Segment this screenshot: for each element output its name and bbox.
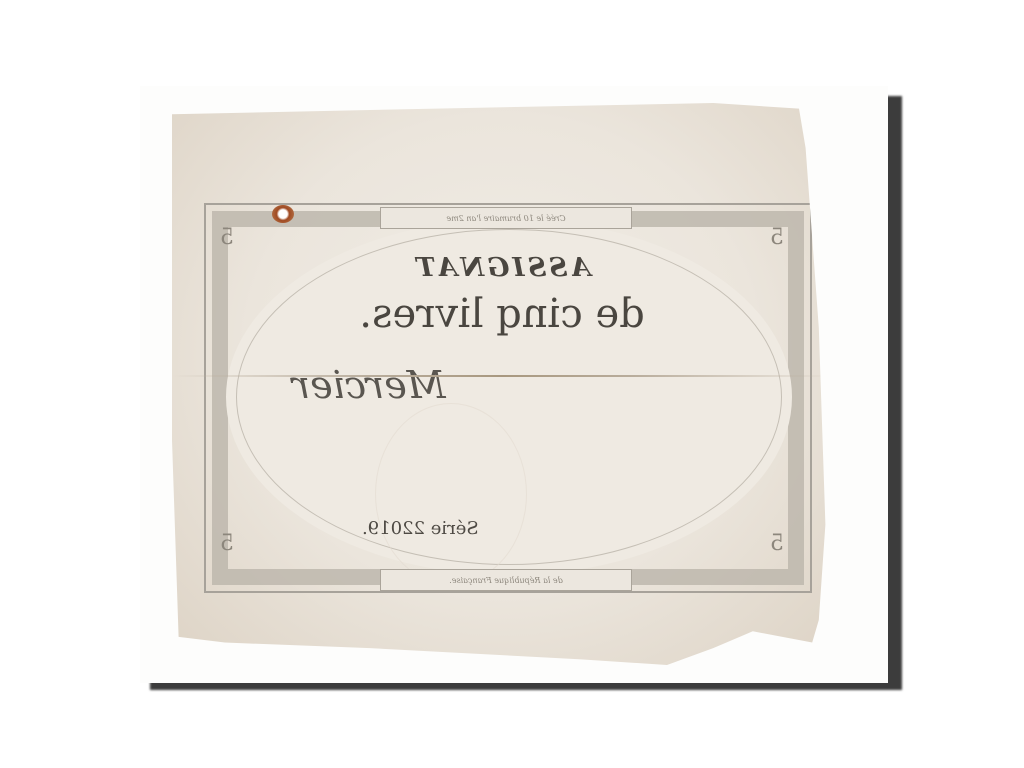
rust-stain-hole <box>272 205 294 223</box>
bottom-cartouche: de la République Française. <box>380 569 632 591</box>
banknote: Créé le 10 brumaire l'an 2me de la Répub… <box>172 103 832 665</box>
mirrored-print: Créé le 10 brumaire l'an 2me de la Répub… <box>172 103 832 665</box>
watermark-portrait <box>375 403 527 585</box>
corner-value-br: 5 <box>220 531 234 556</box>
serie-number: Série 22019. <box>362 518 479 539</box>
top-cartouche: Créé le 10 brumaire l'an 2me <box>380 207 632 229</box>
note-title: ASSIGNAT <box>172 253 832 283</box>
signature: Mercier <box>292 363 446 407</box>
note-denomination: de cinq livres. <box>172 291 832 337</box>
corner-value-bl: 5 <box>770 531 784 556</box>
corner-value-tr: 5 <box>220 225 234 250</box>
corner-value-tl: 5 <box>770 225 784 250</box>
fold-crease <box>172 375 832 377</box>
